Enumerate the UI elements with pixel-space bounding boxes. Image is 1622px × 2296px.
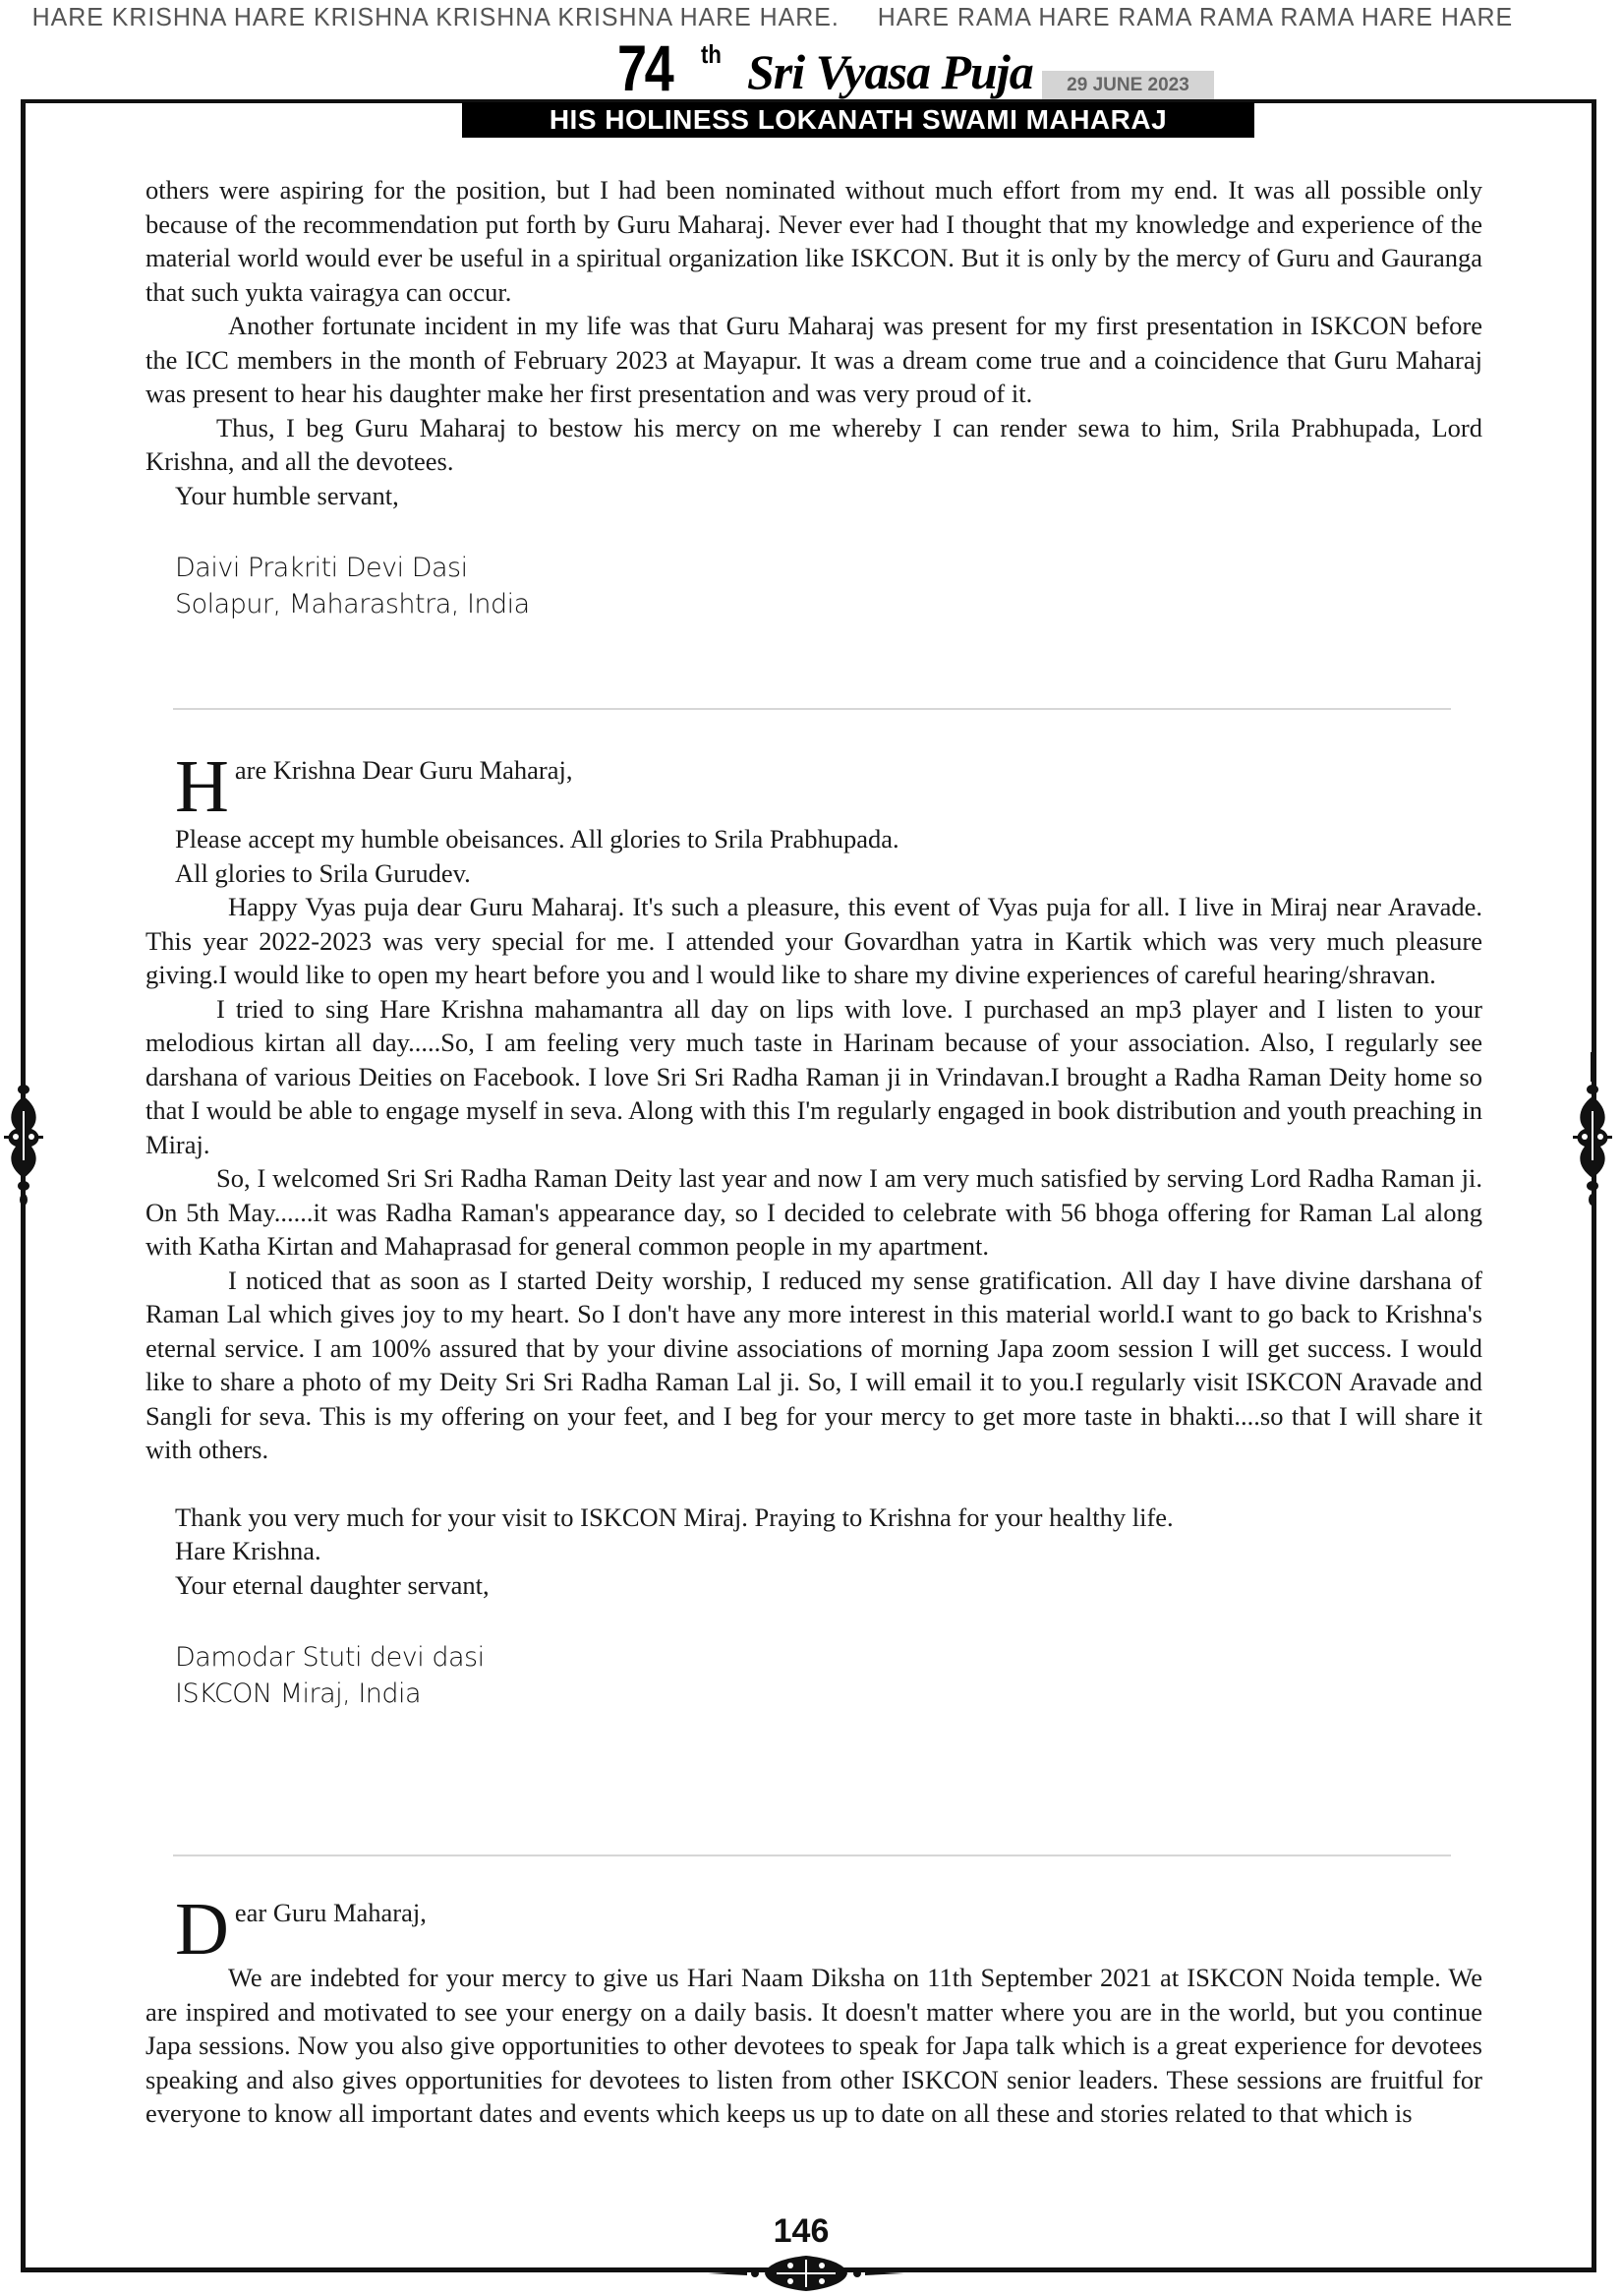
title-superscript: th [701, 39, 722, 70]
section-divider [173, 1854, 1451, 1856]
letter-2: H are Krishna Dear Guru Maharaj, Please … [145, 753, 1482, 1712]
closing-line: Your eternal daughter servant, [145, 1568, 1482, 1603]
title-number: 74 [617, 35, 671, 100]
signature-place: ISKCON Miraj, India [145, 1676, 1482, 1712]
mantra-left: HARE KRISHNA HARE KRISHNA KRISHNA KRISHN… [32, 2, 840, 32]
mantra-right: HARE RAMA HARE RAMA RAMA RAMA HARE HARE [878, 2, 1513, 32]
closing-line: Hare Krishna. [145, 1534, 1482, 1568]
page-title: 74 th Sri Vyasa Puja 29 JUNE 2023 [0, 35, 1622, 104]
greeting-line: Please accept my humble obeisances. All … [145, 822, 1482, 856]
paragraph: others were aspiring for the position, b… [145, 173, 1482, 309]
letter-1: others were aspiring for the position, b… [145, 173, 1482, 622]
bottom-flourish-ornament-icon [708, 2252, 904, 2296]
signature-name: Daivi Prakriti Devi Dasi [145, 550, 1482, 586]
left-flourish-ornament-icon [2, 1052, 45, 1209]
salutation-text: ear Guru Maharaj, [235, 1898, 427, 1927]
greeting-line: All glories to Srila Gurudev. [145, 856, 1482, 891]
running-header-mantra: HARE KRISHNA HARE KRISHNA KRISHNA KRISHN… [0, 0, 1557, 35]
signature-place: Solapur, Maharashtra, India [145, 586, 1482, 622]
right-flourish-ornament-icon [1571, 1052, 1614, 1209]
paragraph: Happy Vyas puja dear Guru Maharaj. It's … [145, 890, 1482, 992]
section-divider [173, 708, 1451, 710]
salutation: D ear Guru Maharaj, [145, 1896, 1482, 1961]
date-badge: 29 JUNE 2023 [1042, 71, 1214, 100]
dropcap: H [175, 757, 229, 816]
salutation-text: are Krishna Dear Guru Maharaj, [235, 755, 573, 785]
dropcap: D [175, 1900, 229, 1959]
paragraph: Thus, I beg Guru Maharaj to bestow his m… [145, 411, 1482, 479]
paragraph: Another fortunate incident in my life wa… [145, 309, 1482, 411]
title-name: Sri Vyasa Puja [747, 43, 1033, 100]
paragraph: I tried to sing Hare Krishna mahamantra … [145, 992, 1482, 1162]
closing-line: Thank you very much for your visit to IS… [145, 1501, 1482, 1535]
closing: Your humble servant, [145, 479, 1482, 513]
paragraph: We are indebted for your mercy to give u… [145, 1961, 1482, 2131]
signature-name: Damodar Stuti devi dasi [145, 1639, 1482, 1676]
paragraph: So, I welcomed Sri Sri Radha Raman Deity… [145, 1161, 1482, 1264]
page-number: 146 [767, 2212, 836, 2251]
paragraph: I noticed that as soon as I started Deit… [145, 1264, 1482, 1467]
salutation: H are Krishna Dear Guru Maharaj, [145, 753, 1482, 822]
banner-title: HIS HOLINESS LOKANATH SWAMI MAHARAJ [462, 102, 1254, 138]
letter-3: D ear Guru Maharaj, We are indebted for … [145, 1896, 1482, 2131]
